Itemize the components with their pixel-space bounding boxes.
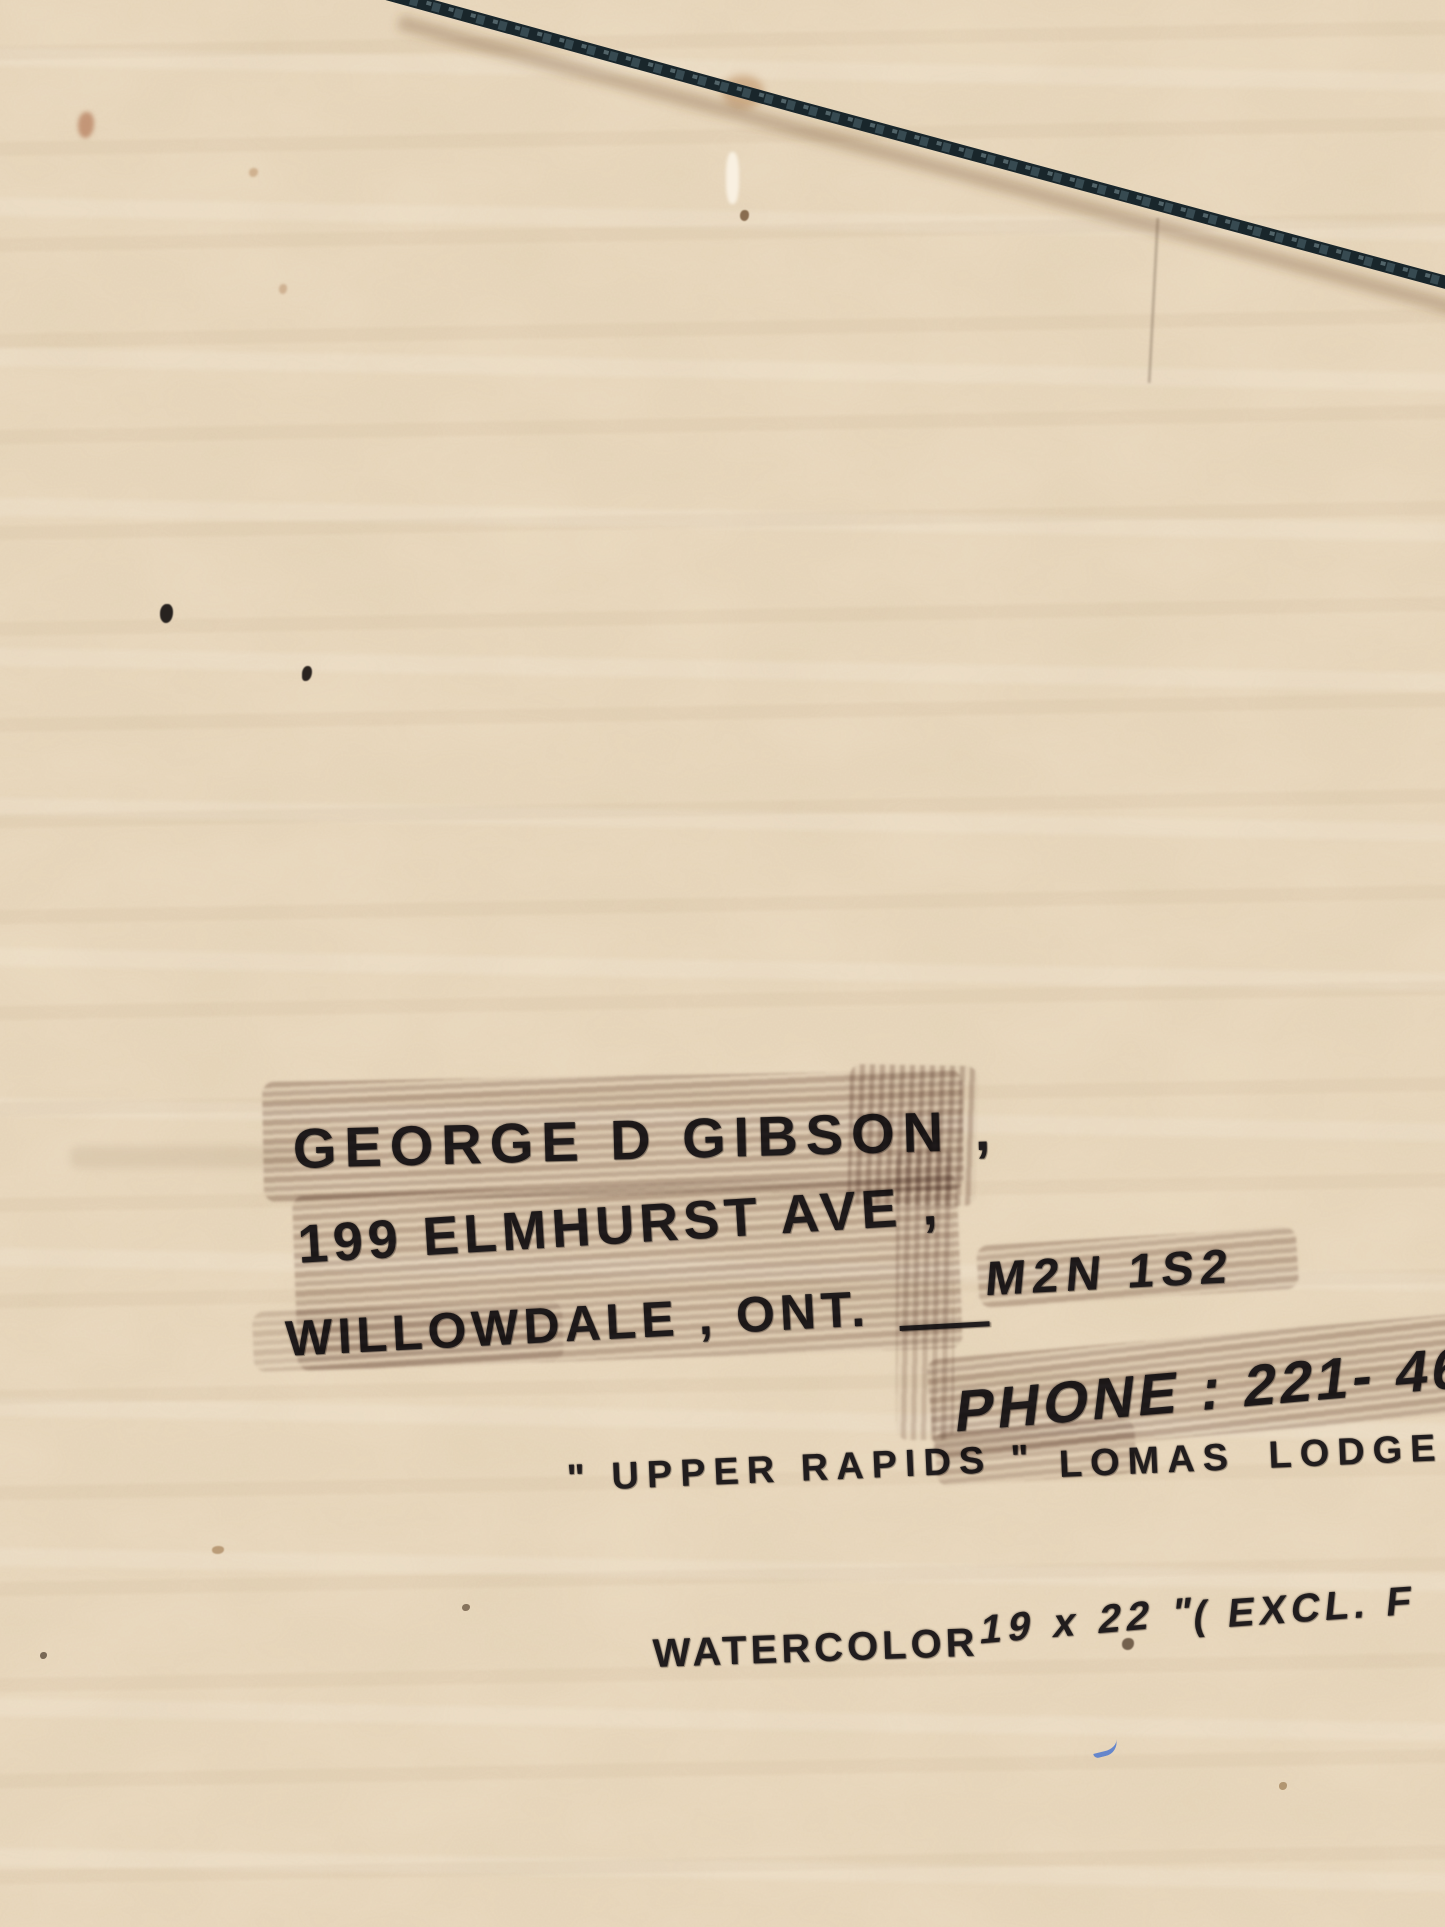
hanging-wire xyxy=(0,0,1445,420)
marker-scribble-city-tail xyxy=(252,1301,564,1372)
photo-artwork-back: GEORGE D GIBSON , 199 ELMHURST AVE , WIL… xyxy=(0,0,1445,1927)
wire-shadow xyxy=(399,22,1445,310)
